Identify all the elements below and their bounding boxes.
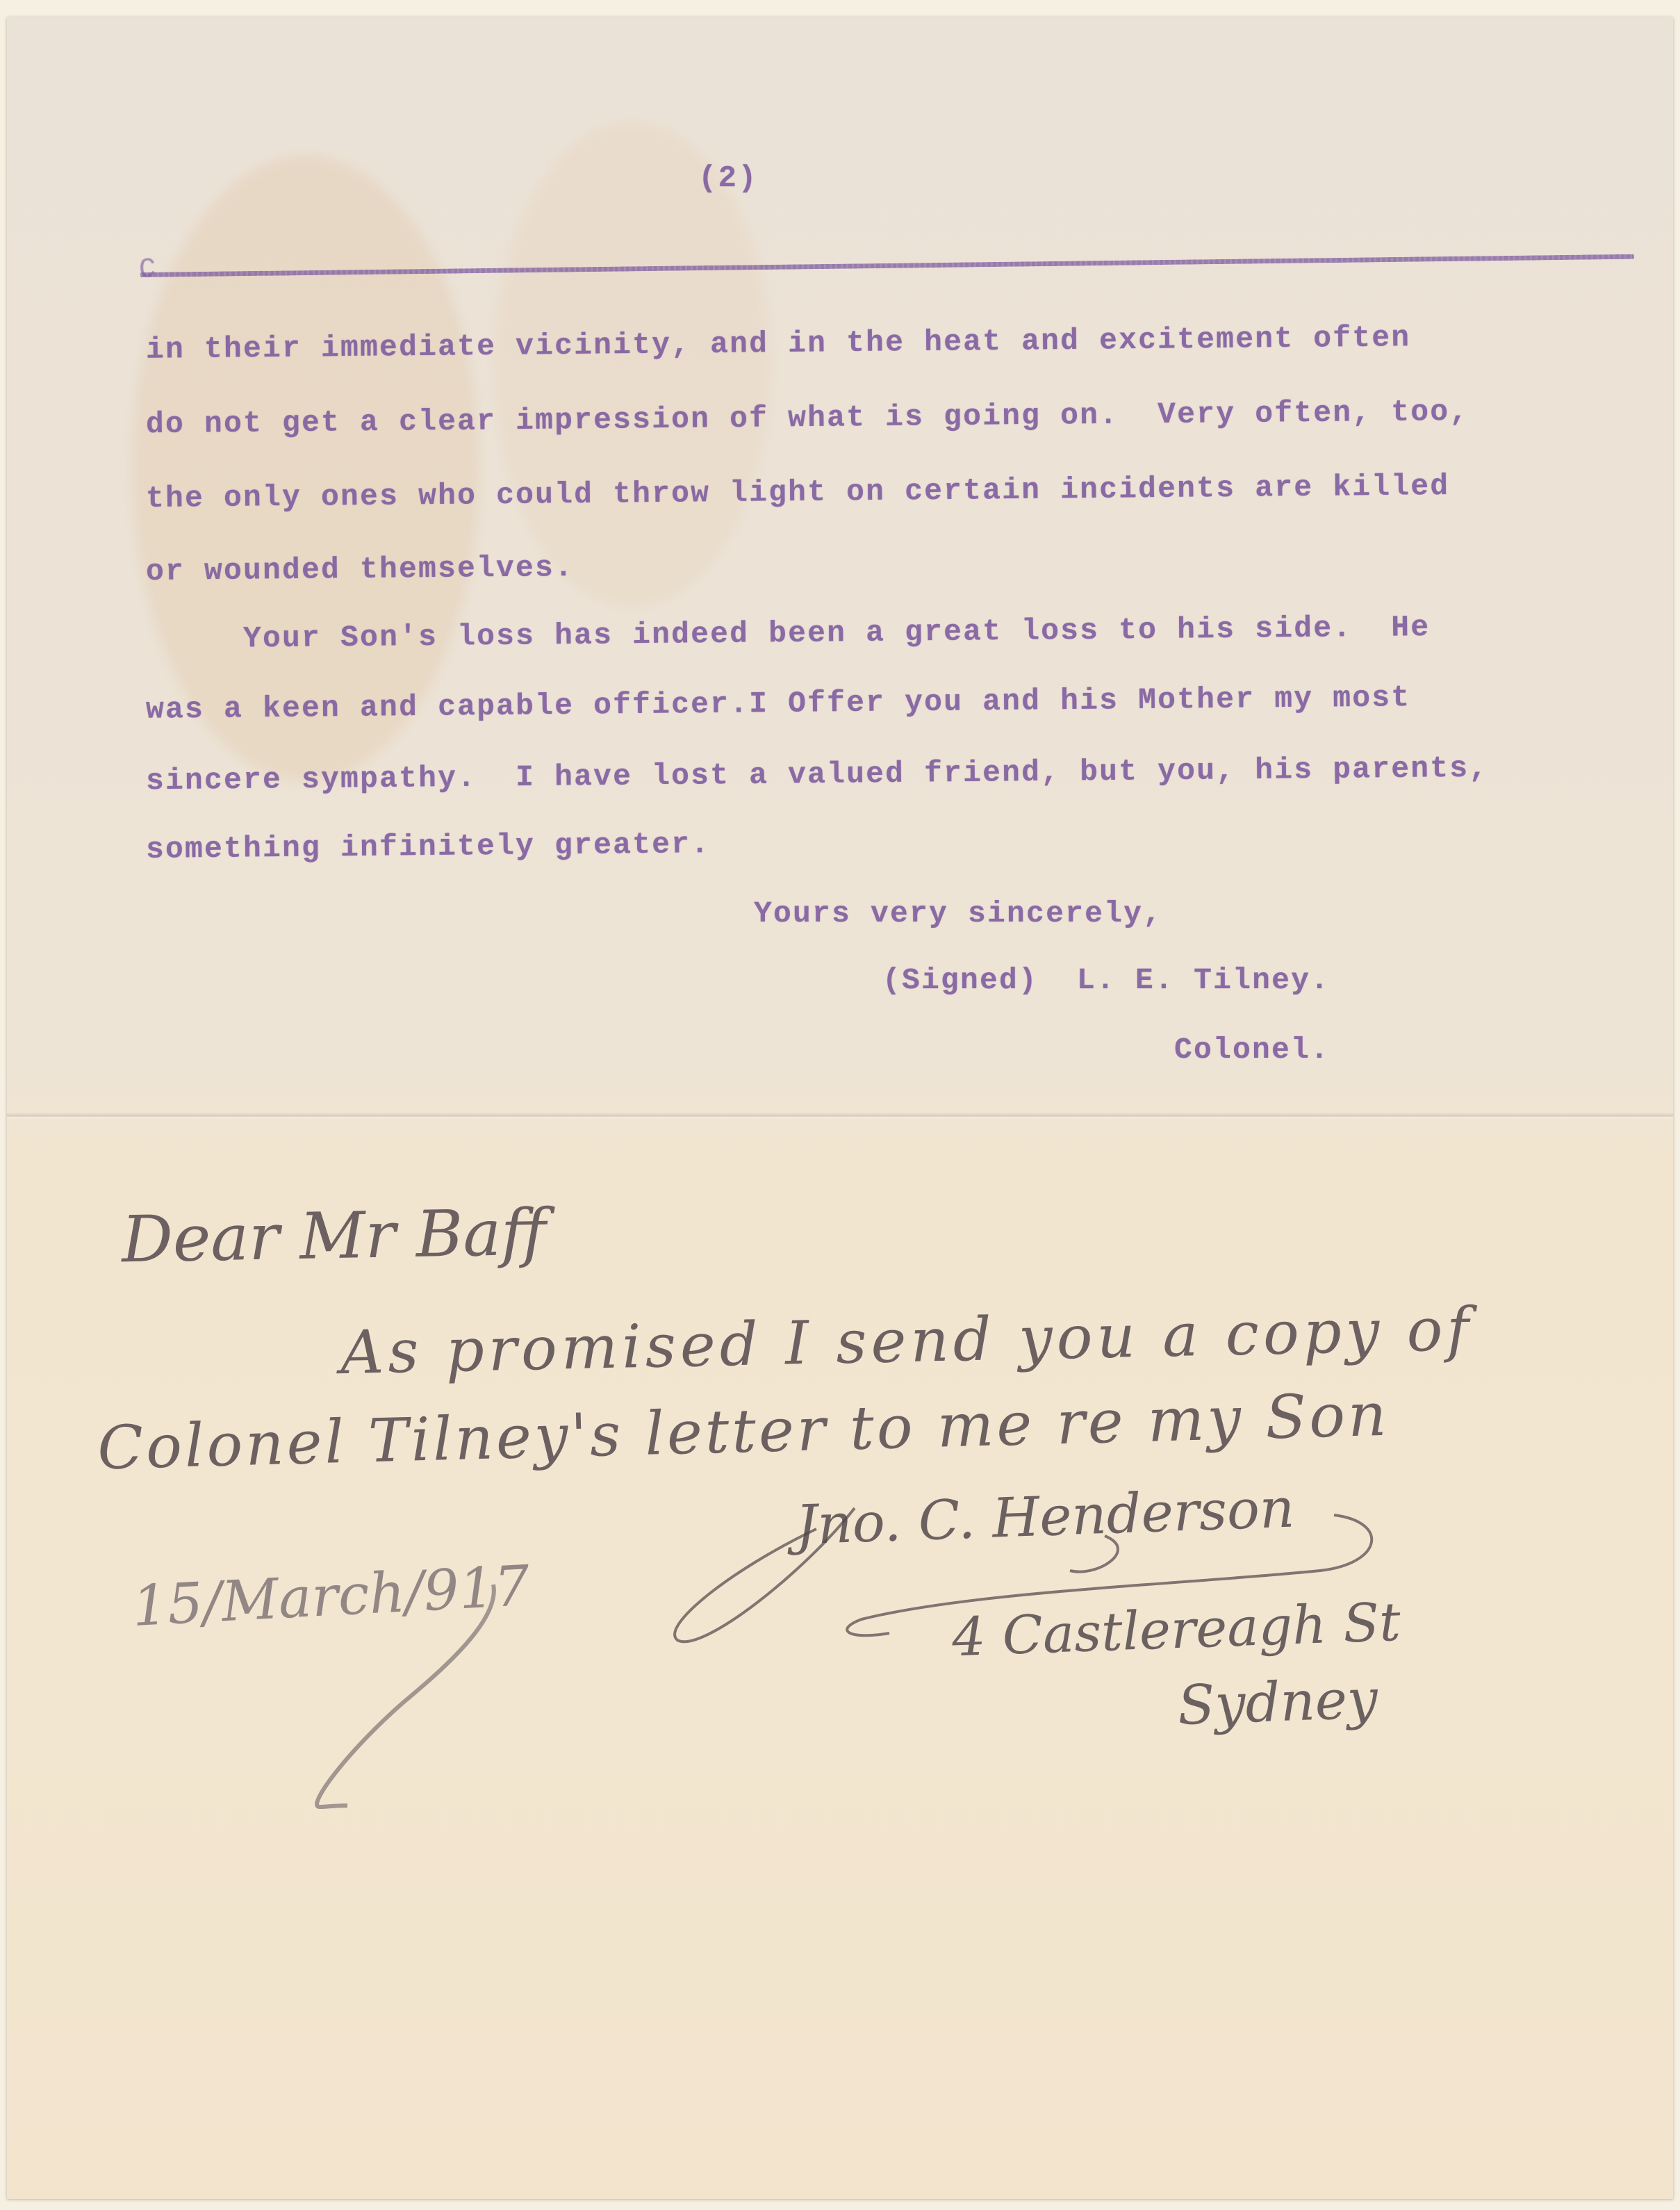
typed-line: or wounded themselves. (146, 550, 575, 589)
foxing-stain (132, 156, 479, 781)
typed-line: something infinitely greater. (146, 827, 711, 867)
handwritten-city: Sydney (1177, 1668, 1379, 1737)
closing: Yours very sincerely, (754, 897, 1162, 931)
margin-mark: C (139, 254, 157, 286)
typed-signature: (Signed) L. E. Tilney. (882, 963, 1330, 997)
handwritten-greeting: Dear Mr Baff (121, 1195, 547, 1277)
signatory-rank: Colonel. (1174, 1033, 1330, 1067)
page-number: (2) (698, 161, 758, 196)
fold-crease (7, 1113, 1673, 1120)
